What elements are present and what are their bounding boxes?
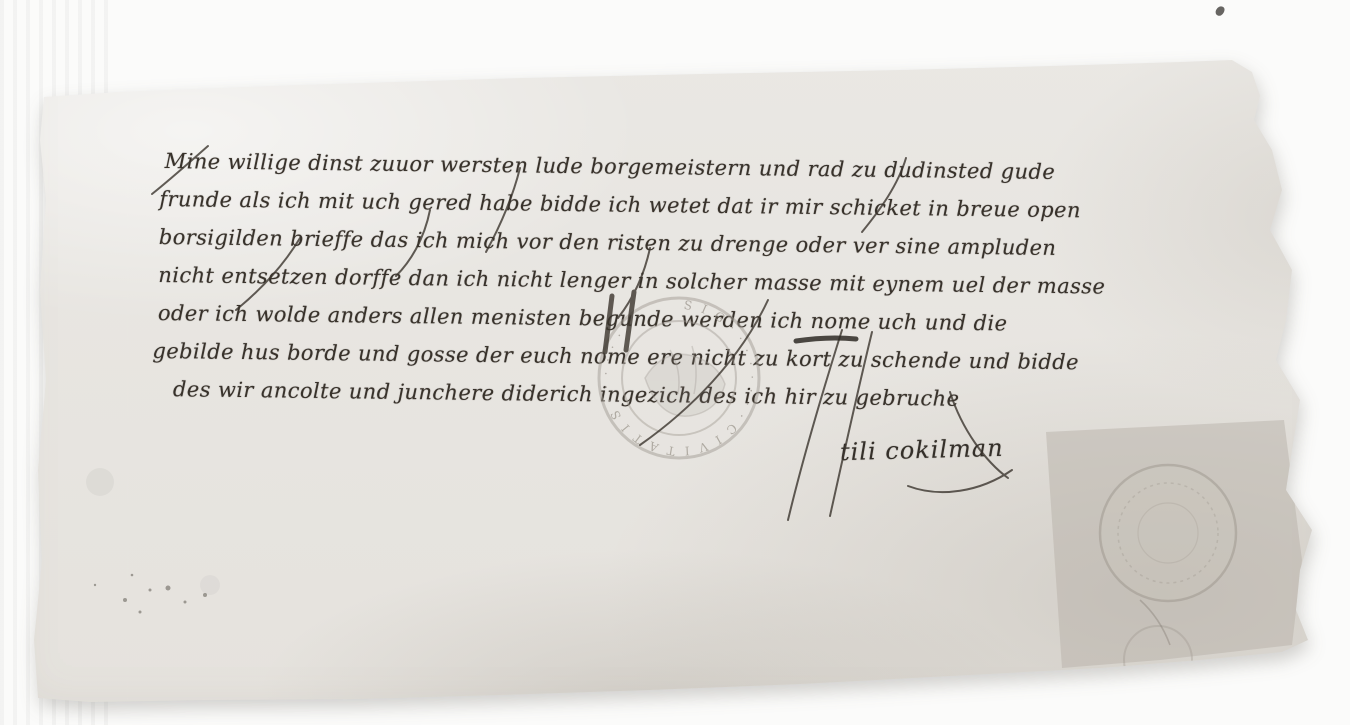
wax-seal-impression (1080, 450, 1270, 700)
manuscript-paper-wrap: Mine willige dinst zuuor wersten lude bo… (0, 0, 1350, 725)
manuscript-paper: Mine willige dinst zuuor wersten lude bo… (0, 0, 1350, 725)
signature: tili cokilman (840, 434, 1004, 466)
stamp-center-motif (645, 354, 725, 416)
archive-stamp: SIG········CIVITATIS······· (575, 278, 785, 483)
photo-scene: Mine willige dinst zuuor wersten lude bo… (0, 0, 1350, 725)
